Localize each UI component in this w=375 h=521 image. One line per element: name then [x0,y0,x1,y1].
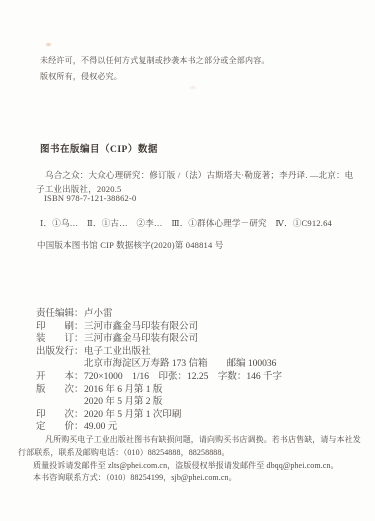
colophon-label: 定 价： [36,421,84,434]
colophon-row-printer: 印 刷：三河市鑫金马印装有限公司 [36,321,282,334]
scan-artifact [190,86,196,89]
copyright-notice: 未经许可，不得以任何方式复制或抄袭本书之部分或全部内容。 版权所有，侵权必究。 [40,53,355,85]
colophon-label: 印 次： [36,409,84,422]
colophon-row-publisher: 出版发行：电子工业出版社 [36,346,282,359]
colophon: 责任编辑：卢小雷 印 刷：三河市鑫金马印装有限公司 装 订：三河市鑫金马印装有限… [36,308,282,434]
colophon-row-format: 开 本：720×1000 1/16 印张：12.25 字数：146 千字 [36,371,282,384]
colophon-label: 开 本： [36,371,84,384]
colophon-value: 720×1000 1/16 印张：12.25 字数：146 千字 [84,371,282,384]
cip-record-number: 中国版本图书馆 CIP 数据核字(2020)第 048814 号 [37,239,223,251]
colophon-value: 三河市鑫金马印装有限公司 [84,333,198,346]
colophon-value: 三河市鑫金马印装有限公司 [84,321,198,334]
colophon-row-edition-2: 2020 年 5 月第 2 版 [36,396,282,409]
cip-header: 图书在版编目（CIP）数据 [40,141,158,155]
copyright-line-1: 未经许可，不得以任何方式复制或抄袭本书之部分或全部内容。 [40,53,355,69]
cip-classification: Ⅰ．①乌… Ⅱ．①古… ②李… Ⅲ．①群体心理学－研究 Ⅳ．①C912.64 [40,217,332,229]
colophon-label: 责任编辑： [36,308,84,321]
colophon-label: 装 订： [36,333,84,346]
colophon-value: 电子工业出版社 [84,346,151,359]
service-notice: 凡所购买电子工业出版社图书有缺损问题，请向购买书店调换。若书店售缺，请与本社发 … [18,434,364,485]
service-notice-line: 行部联系，联系及邮购电话：（010）88254888，88258888。 [18,447,364,460]
colophon-value: 2016 年 6 月第 1 版 [84,384,162,397]
colophon-row-editor: 责任编辑：卢小雷 [36,308,282,321]
service-notice-line: 质量投诉请发邮件至 zlts@phei.com.cn，盗版侵权举报请发邮件至 d… [18,460,364,473]
colophon-value: 卢小雷 [84,308,113,321]
colophon-label: 出版发行： [36,346,84,359]
colophon-value: 2020 年 5 月第 1 次印刷 [84,409,181,422]
colophon-value: 2020 年 5 月第 2 版 [84,396,162,409]
book-copyright-page: 未经许可，不得以任何方式复制或抄袭本书之部分或全部内容。 版权所有，侵权必究。 … [0,0,375,521]
colophon-row-address: 北京市海淀区万寿路 173 信箱 邮编 100036 [36,358,282,371]
colophon-label: 印 刷： [36,321,84,334]
service-notice-line: 凡所购买电子工业出版社图书有缺损问题，请向购买书店调换。若书店售缺，请与本社发 [18,434,364,447]
cip-isbn: ISBN 978-7-121-38862-0 [44,193,136,203]
scan-artifact [46,43,51,46]
colophon-value: 49.00 元 [84,421,117,434]
colophon-row-binder: 装 订：三河市鑫金马印装有限公司 [36,333,282,346]
cip-entry: 乌合之众：大众心理研究：修订版 /（法）古斯塔夫·勒庞著；李丹译. —北京：电子… [36,168,362,196]
service-notice-line: 本书咨询联系方式：（010）88254199，sjb@phei.com.cn。 [18,472,364,485]
colophon-label: 版 次： [36,384,84,397]
colophon-value: 北京市海淀区万寿路 173 信箱 邮编 100036 [84,358,276,371]
colophon-row-price: 定 价：49.00 元 [36,421,282,434]
copyright-line-2: 版权所有，侵权必究。 [40,69,355,85]
colophon-row-printing: 印 次：2020 年 5 月第 1 次印刷 [36,409,282,422]
colophon-row-edition: 版 次：2016 年 6 月第 1 版 [36,384,282,397]
